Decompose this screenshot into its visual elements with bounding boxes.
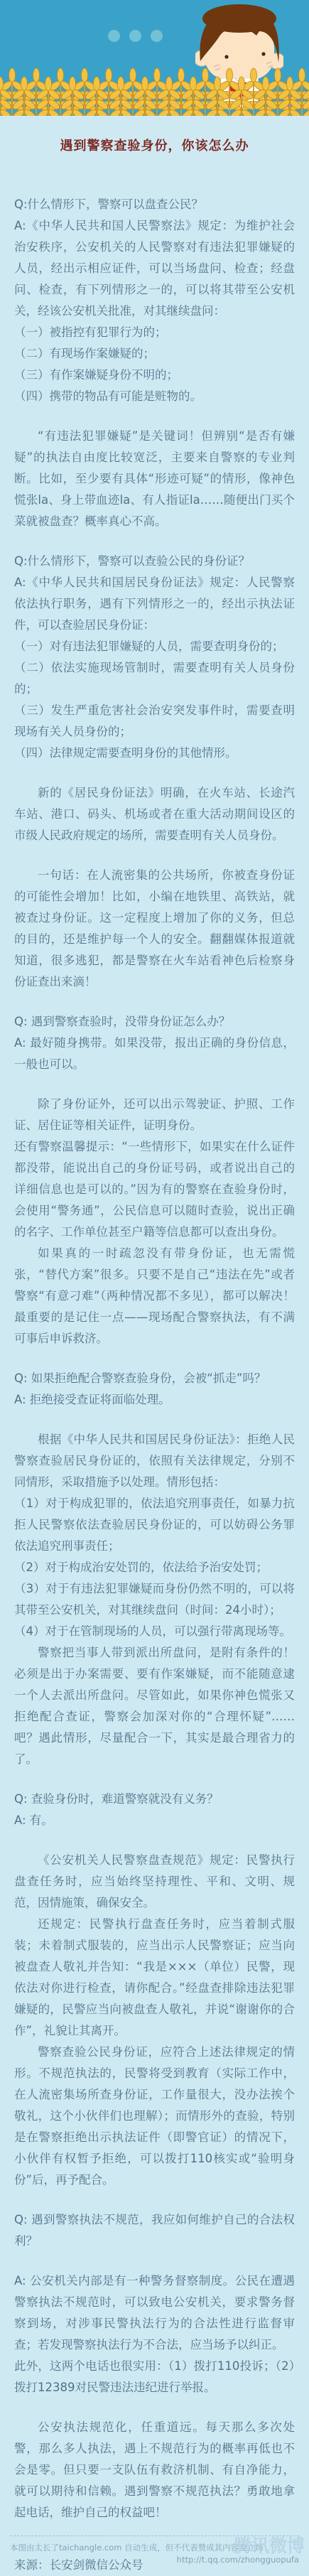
dot-icon [151,30,163,42]
dot-icon [108,30,120,42]
article-paragraph: （四）法律规定需要查明身份的其他情形。 [14,743,295,764]
article-paragraph: 新的《居民身份证法》明确，在火车站、长途汽车站、港口、码头、机场或者在重大活动期… [14,782,295,846]
page-title: 遇到警察查验身份，你该怎么办 [0,124,309,154]
article-paragraph: 公安执法规范化，任重道远。每天那么多次处警，那么多人执法，遇上不规范行为的概率再… [14,2417,295,2523]
article-paragraph: （一）对有违法犯罪嫌疑的人员，需要查明身份的； [14,636,295,657]
article-paragraph: 除了身份证外，还可以出示驾驶证、护照、工作证、居住证等相关证件，证明身份。 [14,1094,295,1136]
article-paragraph: （1）对于构成犯罪的，依法追究刑事责任，如暴力抗拒人民警察依法查验居民身份证的，… [14,1493,295,1557]
header-banner [0,0,309,116]
wheat-field-icon [0,68,309,116]
article-paragraph: Q: 遇到警察执法不规范，我应如何维护自己的合法权利？ [14,2209,295,2252]
dot-icon [129,30,141,42]
ellipsis-dots-icon [108,30,163,42]
article-paragraph: Q:什么情形下，警察可以查验公民的身份证？ [14,551,295,572]
footer-url: http://t.qq.com/zhongguopufa [10,2555,299,2565]
article-paragraph: 根据《中华人民共和国居民身份证法》：拒绝人民警察查验居民身份证的，依照有关法律规… [14,1429,295,1493]
article-paragraph: 此外，这两个电话也很实用：（1）拨打110投诉；（2）拨打12389对民警违法违… [14,2356,295,2398]
article-paragraph: A:《中华人民共和国人民警察法》规定：为维护社会治安秩序，公安机关的人民警察对有… [14,215,295,322]
article-paragraph: A: 拒绝接受查证将面临处理。 [14,1389,295,1411]
footer-divider [10,2535,299,2536]
article-paragraph: （3）对于有违法犯罪嫌疑而身份仍然不明的，可以将其带至公安机关，对其继续盘问（时… [14,1578,295,1621]
article-paragraph: “有违法犯罪嫌疑”是关键词！但辨别“是否有嫌疑”的执法自由度比较宽泛，主要来自警… [14,426,295,532]
article-paragraph: Q: 遇到警察查验时，没带身份证怎么办？ [14,1011,295,1033]
footer: 本图由太长了taichangle.com 自动生成，但不代表赞成其内容及立场 h… [0,2528,309,2576]
article-paragraph: A:《中华人民共和国居民身份证法》规定：人民警察依法执行职务，遇有下列情形之一的… [14,572,295,636]
article-paragraph: （四）携带的物品有可能是赃物的。 [14,386,295,407]
infographic-page: 遇到警察查验身份，你该怎么办 Q:什么情形下，警察可以盘查公民？A:《中华人民共… [0,0,309,2576]
article-paragraph: （三）发生严重危害社会治安突发事件时，需要查明现场有关人员身份的； [14,700,295,743]
article-paragraph: 警察查验公民身份证，应符合上述法律规定的情形。不规范执法的，民警将受到教育（实际… [14,2042,295,2191]
article-paragraph: A: 最好随身携带。如果没带，报出正确的身份信息，一般也可以。 [14,1033,295,1075]
article-paragraph: （二）依法实施现场管制时，需要查明有关人员身份的； [14,657,295,700]
article-paragraph: （二）有现场作案嫌疑的； [14,343,295,365]
article-paragraph: 还有警察温馨提示：“一些情形下，如果实在什么证件都没带，能说出自己的身份证号码，… [14,1136,295,1243]
article-paragraph: 一句话：在人流密集的公共场所，你被查身份证的可能性会增加！比如，小编在地铁里、高… [14,865,295,993]
article-paragraph: 还规定：民警执行盘查任务时，应当着制式服装；未着制式服装的，应当出示人民警察证；… [14,1914,295,2042]
article-paragraph: Q: 查验身份时，难道警察就没有义务？ [14,1789,295,1810]
article-paragraph: （4）对于在管制现场的人员，可以强行带离现场等。 [14,1621,295,1642]
footer-disclaimer: 本图由太长了taichangle.com 自动生成，但不代表赞成其内容及立场 [10,2542,299,2553]
article-paragraph: Q: 如果拒绝配合警察查验身份，会被“抓走”吗？ [14,1368,295,1389]
article-body: Q:什么情形下，警察可以盘查公民？A:《中华人民共和国人民警察法》规定：为维护社… [0,194,309,2523]
article-paragraph: 警察把当事人带到派出所盘问，是附有条件的！必须是出于办案需要、要有作案嫌疑，而不… [14,1642,295,1770]
article-paragraph: （三）有作案嫌疑身份不明的； [14,365,295,386]
article-paragraph: A: 公安机关内部是有一种警务督察制度。公民在遭遇警察执法不规范时，可以致电公安… [14,2270,295,2356]
article-paragraph: （一）被指控有犯罪行为的； [14,322,295,343]
article-paragraph: A: 有。 [14,1810,295,1831]
article-paragraph: 《公安机关人民警察盘查规范》规定：民警执行盘查任务时，应当始终坚持理性、平和、文… [14,1850,295,1914]
article-paragraph: （2）对于构成治安处罚的，依法给予治安处罚； [14,1557,295,1578]
article-paragraph: Q:什么情形下，警察可以盘查公民？ [14,194,295,215]
article-paragraph: 如果真的一时疏忽没有带身份证，也无需慌张，“替代方案”很多。只要不是自己“违法在… [14,1243,295,1349]
